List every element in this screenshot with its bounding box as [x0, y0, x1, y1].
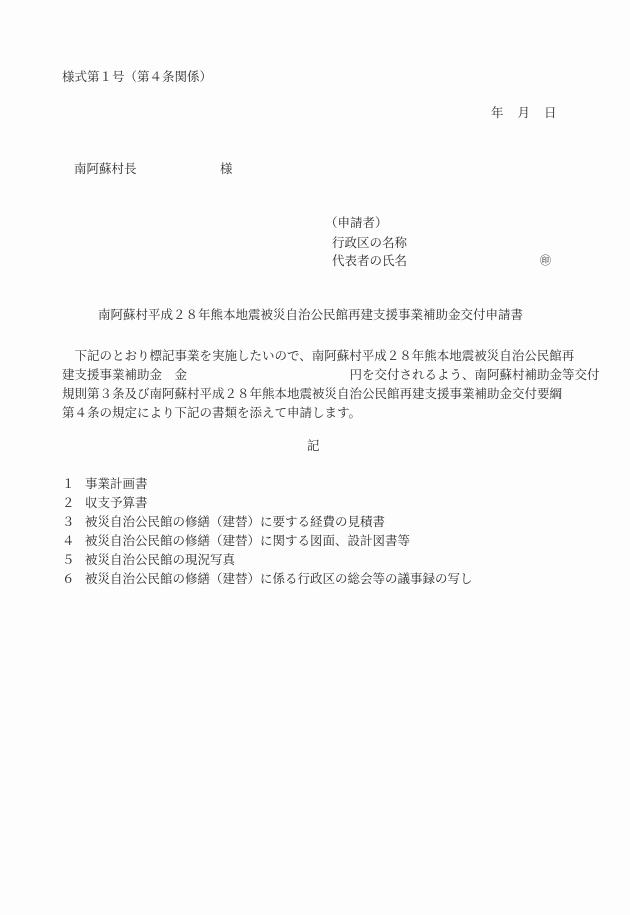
list-item: ２収支予算書: [62, 493, 473, 512]
list-item: ５被災自治公民館の現況写真: [62, 550, 473, 569]
district-name-label: 行政区の名称: [332, 235, 407, 251]
seal-icon: ㊞: [540, 253, 551, 269]
date-line: 年月日: [491, 105, 557, 121]
list-item-text: 被災自治公民館の現況写真: [85, 552, 235, 567]
list-item: ３被災自治公民館の修繕（建替）に要する経費の見積書: [62, 512, 473, 531]
day-label: 日: [544, 105, 557, 121]
body-line: 下記のとおり標記事業を実施したいので、南阿蘇村平成２８年熊本地震被災自治公民館再: [62, 346, 562, 365]
list-item-number: ４: [62, 531, 85, 550]
list-item-text: 被災自治公民館の修繕（建替）に関する図面、設計図書等: [85, 533, 410, 548]
body-line: 建支援事業補助金 金 円を交付されるよう、南阿蘇村補助金等交付: [62, 365, 562, 384]
list-item-number: ６: [62, 569, 85, 588]
list-item-number: ３: [62, 512, 85, 531]
body-line: 規則第３条及び南阿蘇村平成２８年熊本地震被災自治公民館再建支援事業補助金交付要綱: [62, 384, 562, 403]
list-item-number: ２: [62, 493, 85, 512]
form-number: 様式第１号（第４条関係）: [62, 69, 212, 85]
addressee-name: 南阿蘇村長: [74, 161, 137, 177]
representative-name-label: 代表者の氏名: [332, 253, 407, 269]
body-line: 第４条の規定により下記の書類を添えて申請します。: [62, 403, 562, 422]
list-item-number: １: [62, 474, 85, 493]
list-item: ４被災自治公民館の修繕（建替）に関する図面、設計図書等: [62, 531, 473, 550]
list-item-text: 収支予算書: [85, 495, 148, 510]
list-item-text: 被災自治公民館の修繕（建替）に係る行政区の総会等の議事録の写し: [85, 571, 473, 586]
year-label: 年: [491, 105, 504, 121]
document-title: 南阿蘇村平成２８年熊本地震被災自治公民館再建支援事業補助金交付申請書: [98, 307, 523, 323]
list-item: ６被災自治公民館の修繕（建替）に係る行政区の総会等の議事録の写し: [62, 569, 473, 588]
note-heading: 記: [307, 438, 320, 454]
list-item-text: 被災自治公民館の修繕（建替）に要する経費の見積書: [85, 514, 385, 529]
list-item-number: ５: [62, 550, 85, 569]
attachment-list: １事業計画書 ２収支予算書 ３被災自治公民館の修繕（建替）に要する経費の見積書 …: [62, 474, 473, 588]
month-label: 月: [518, 105, 531, 121]
applicant-label: （申請者）: [325, 215, 388, 231]
list-item: １事業計画書: [62, 474, 473, 493]
list-item-text: 事業計画書: [85, 476, 148, 491]
addressee-honorific: 様: [220, 161, 233, 177]
body-paragraph: 下記のとおり標記事業を実施したいので、南阿蘇村平成２８年熊本地震被災自治公民館再…: [62, 346, 562, 422]
